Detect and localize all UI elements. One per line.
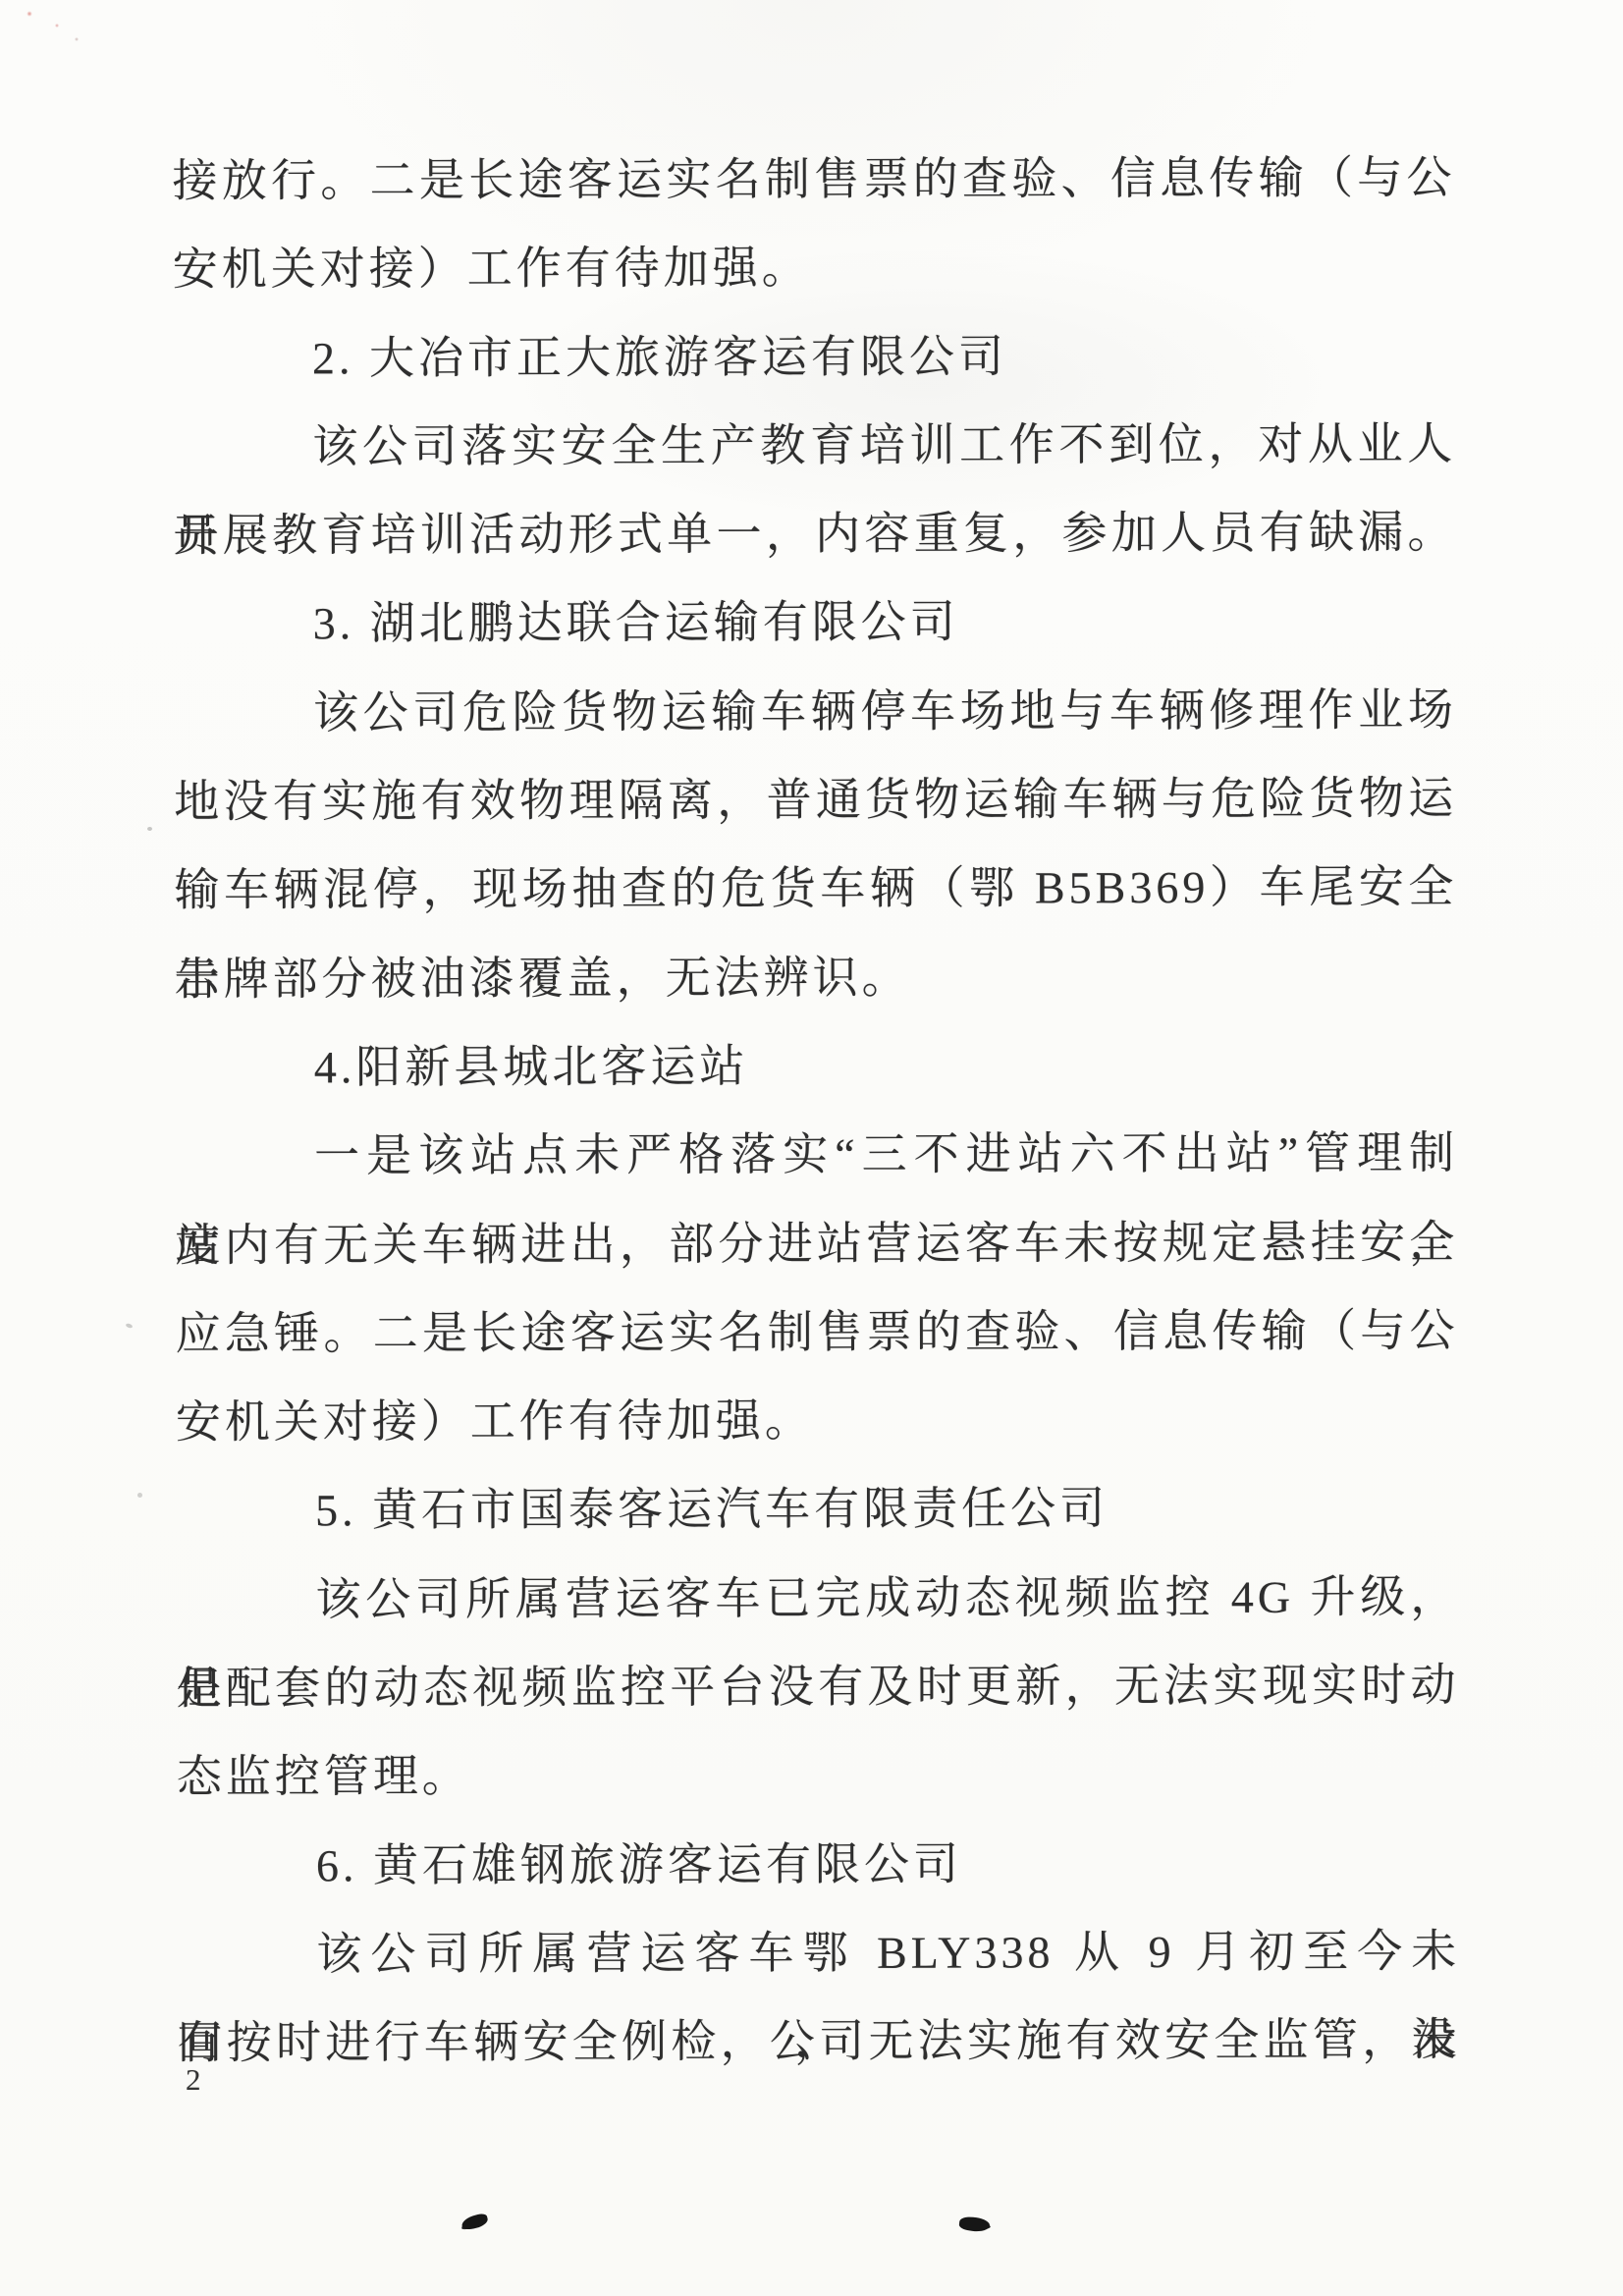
body-text-line: 地没有实施有效物理隔离，普通货物运输车辆与危险货物运 [174,754,1457,847]
body-text-line: 输车辆混停，现场抽查的危货车辆（鄂 B5B369）车尾安全告 [174,844,1457,936]
body-text-line: 站内有无关车辆进出，部分进站营运客车未按规定悬挂安全 [175,1198,1458,1290]
section-heading-line: 6. 黄石雄钢旅游客运有限公司 [177,1819,1460,1911]
body-text-line: 该公司危险货物运输车辆停车场地与车辆修理作业场 [174,666,1457,758]
body-text-line: 态监控管理。 [177,1730,1460,1823]
section-heading-line: 3. 湖北鹏达联合运输有限公司 [174,577,1457,670]
body-text-line: 安机关对接）工作有待加强。 [173,223,1456,315]
body-text-line: 示牌部分被油漆覆盖，无法辨识。 [175,932,1458,1024]
body-text-line: 有按时进行车辆安全例检，公司无法实施有效安全监管，未 [177,1996,1460,2089]
section-heading-line: 5. 黄石市国泰客运汽车有限责任公司 [176,1464,1459,1557]
page-number: 2 [186,2060,201,2100]
body-text-line: 该公司落实安全生产教育培训工作不到位，对从业人员 [173,400,1456,492]
scan-speck [147,827,152,831]
section-heading-line: 2. 大冶市正大旅游客运有限公司 [173,311,1456,404]
body-text-line: 安机关对接）工作有待加强。 [176,1375,1459,1467]
body-text-line: 该公司所属营运客车已完成动态视频监控 4G 升级，但 [176,1553,1459,1645]
body-text-line: 是配套的动态视频监控平台没有及时更新，无法实现实时动 [176,1641,1459,1733]
ink-smudge [460,2213,489,2231]
scan-speck [137,1493,142,1498]
body-text-line: 应急锤。二是长途客运实名制售票的查验、信息传输（与公 [175,1286,1458,1379]
body-text-line: 一是该站点未严格落实“三不进站六不出站”管理制度， [175,1110,1458,1202]
document-page: 接放行。二是长途客运实名制售票的查验、信息传输（与公安机关对接）工作有待加强。2… [0,0,1623,2296]
body-text-line: 该公司所属营运客车鄂 BLY338 从 9 月初至今未回，没 [177,1907,1460,1999]
ink-smudge [958,2215,990,2233]
section-heading-line: 4.阳新县城北客运站 [175,1020,1458,1113]
scan-edge-artifact [18,6,86,45]
body-text-line: 开展教育培训活动形式单一，内容重复，参加人员有缺漏。 [173,488,1456,580]
body-text-line: 接放行。二是长途客运实名制售票的查验、信息传输（与公 [172,134,1455,226]
document-body: 接放行。二是长途客运实名制售票的查验、信息传输（与公安机关对接）工作有待加强。2… [172,134,1460,2088]
scan-speck [126,1323,134,1329]
